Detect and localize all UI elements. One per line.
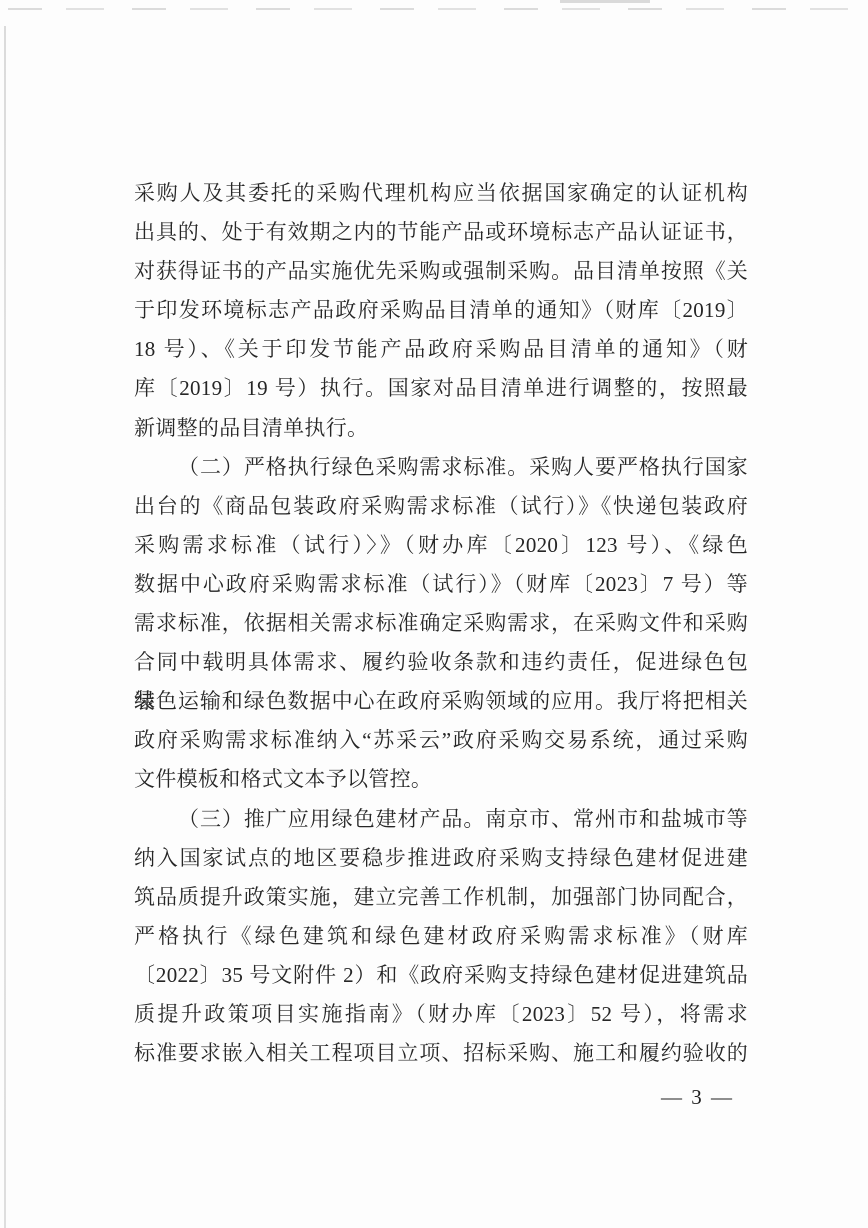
text-line-p1-5: 18 号）、《关于印发节能产品政府采购品目清单的通知》（财 xyxy=(134,330,748,369)
text-line-p2-1: （二）严格执行绿色采购需求标准。采购人要严格执行国家 xyxy=(134,448,748,487)
text-line-p2-8: 政府采购需求标准纳入“苏采云”政府采购交易系统，通过采购 xyxy=(134,721,748,760)
text-line-p3-3: 筑品质提升政策实施，建立完善工作机制，加强部门协同配合， xyxy=(134,878,748,917)
text-line-p1-7: 新调整的品目清单执行。 xyxy=(134,409,748,448)
text-line-p3-2: 纳入国家试点的地区要稳步推进政府采购支持绿色建材促进建 xyxy=(134,839,748,878)
text-line-p2-5: 需求标准，依据相关需求标准确定采购需求，在采购文件和采购 xyxy=(134,604,748,643)
text-line-p2-4: 数据中心政府采购需求标准（试行）》（财库〔2023〕7 号）等 xyxy=(134,565,748,604)
scan-edge-top xyxy=(8,8,854,10)
text-line-p1-4: 于印发环境标志产品政府采购品目清单的通知》（财库〔2019〕 xyxy=(134,291,748,330)
text-line-p2-6: 合同中载明具体需求、履约验收条款和违约责任，促进绿色包装、 xyxy=(134,643,748,682)
text-line-p1-3: 对获得证书的产品实施优先采购或强制采购。品目清单按照《关 xyxy=(134,252,748,291)
scan-edge-left xyxy=(4,26,6,1228)
text-line-p2-3: 采购需求标准（试行）〉》（财办库〔2020〕123 号）、《绿色 xyxy=(134,526,748,565)
document-body: 采购人及其委托的采购代理机构应当依据国家确定的认证机构出具的、处于有效期之内的节… xyxy=(134,174,748,1073)
text-line-p3-4: 严格执行《绿色建筑和绿色建材政府采购需求标准》（财库 xyxy=(134,917,748,956)
text-line-p2-2: 出台的《商品包装政府采购需求标准（试行）》《快递包装政府 xyxy=(134,487,748,526)
document-page: 采购人及其委托的采购代理机构应当依据国家确定的认证机构出具的、处于有效期之内的节… xyxy=(0,0,868,1228)
text-line-p3-6: 质提升政策项目实施指南》（财办库〔2023〕52 号），将需求 xyxy=(134,995,748,1034)
text-line-p1-1: 采购人及其委托的采购代理机构应当依据国家确定的认证机构 xyxy=(134,174,748,213)
scan-edge-top-dark-segment xyxy=(560,0,650,3)
text-line-p2-9: 文件模板和格式文本予以管控。 xyxy=(134,760,748,799)
text-line-p3-5: 〔2022〕35 号文附件 2）和《政府采购支持绿色建材促进建筑品 xyxy=(134,956,748,995)
text-line-p1-6: 库〔2019〕19 号）执行。国家对品目清单进行调整的，按照最 xyxy=(134,369,748,408)
text-line-p2-7: 绿色运输和绿色数据中心在政府采购领域的应用。我厅将把相关 xyxy=(134,682,748,721)
text-line-p1-2: 出具的、处于有效期之内的节能产品或环境标志产品认证证书， xyxy=(134,213,748,252)
page-number: — 3 — xyxy=(645,1083,750,1111)
text-line-p3-1: （三）推广应用绿色建材产品。南京市、常州市和盐城市等 xyxy=(134,800,748,839)
text-line-p3-7: 标准要求嵌入相关工程项目立项、招标采购、施工和履约验收的 xyxy=(134,1034,748,1073)
